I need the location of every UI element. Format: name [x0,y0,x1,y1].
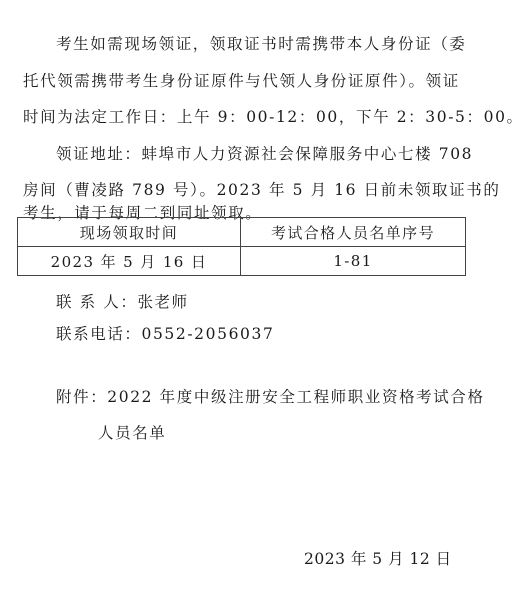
document-date: 2023 年 5 月 12 日 [304,547,452,569]
para1-line1: 考生如需现场领证，领取证书时需携带本人身份证（委 [56,32,466,54]
para2-line1: 领证地址：蚌埠市人力资源社会保障服务中心七楼 708 [56,142,473,164]
para2-line2: 房间（曹凌路 789 号）。2023 年 5 月 16 日前未领取证书的 [23,178,500,200]
contact-person: 联 系 人：张老师 [56,290,189,312]
collection-table: 现场领取时间 考试合格人员名单序号 2023 年 5 月 16 日 1-81 [17,217,466,276]
para1-line3: 时间为法定工作日：上午 9：00-12：00，下午 2：30-5：00。 [23,105,524,127]
attachment-line1: 附件：2022 年度中级注册安全工程师职业资格考试合格 [56,385,485,407]
table-header-time: 现场领取时间 [18,218,241,247]
table-cell-range: 1-81 [241,247,466,276]
table-header-range: 考试合格人员名单序号 [241,218,466,247]
attachment-line2: 人员名单 [98,421,166,443]
para1-line2: 托代领需携带考生身份证原件与代领人身份证原件）。领证 [23,69,460,91]
table-header-row: 现场领取时间 考试合格人员名单序号 [18,218,466,247]
contact-phone: 联系电话：0552-2056037 [56,322,274,344]
table-cell-date: 2023 年 5 月 16 日 [18,247,241,276]
table-row: 2023 年 5 月 16 日 1-81 [18,247,466,276]
